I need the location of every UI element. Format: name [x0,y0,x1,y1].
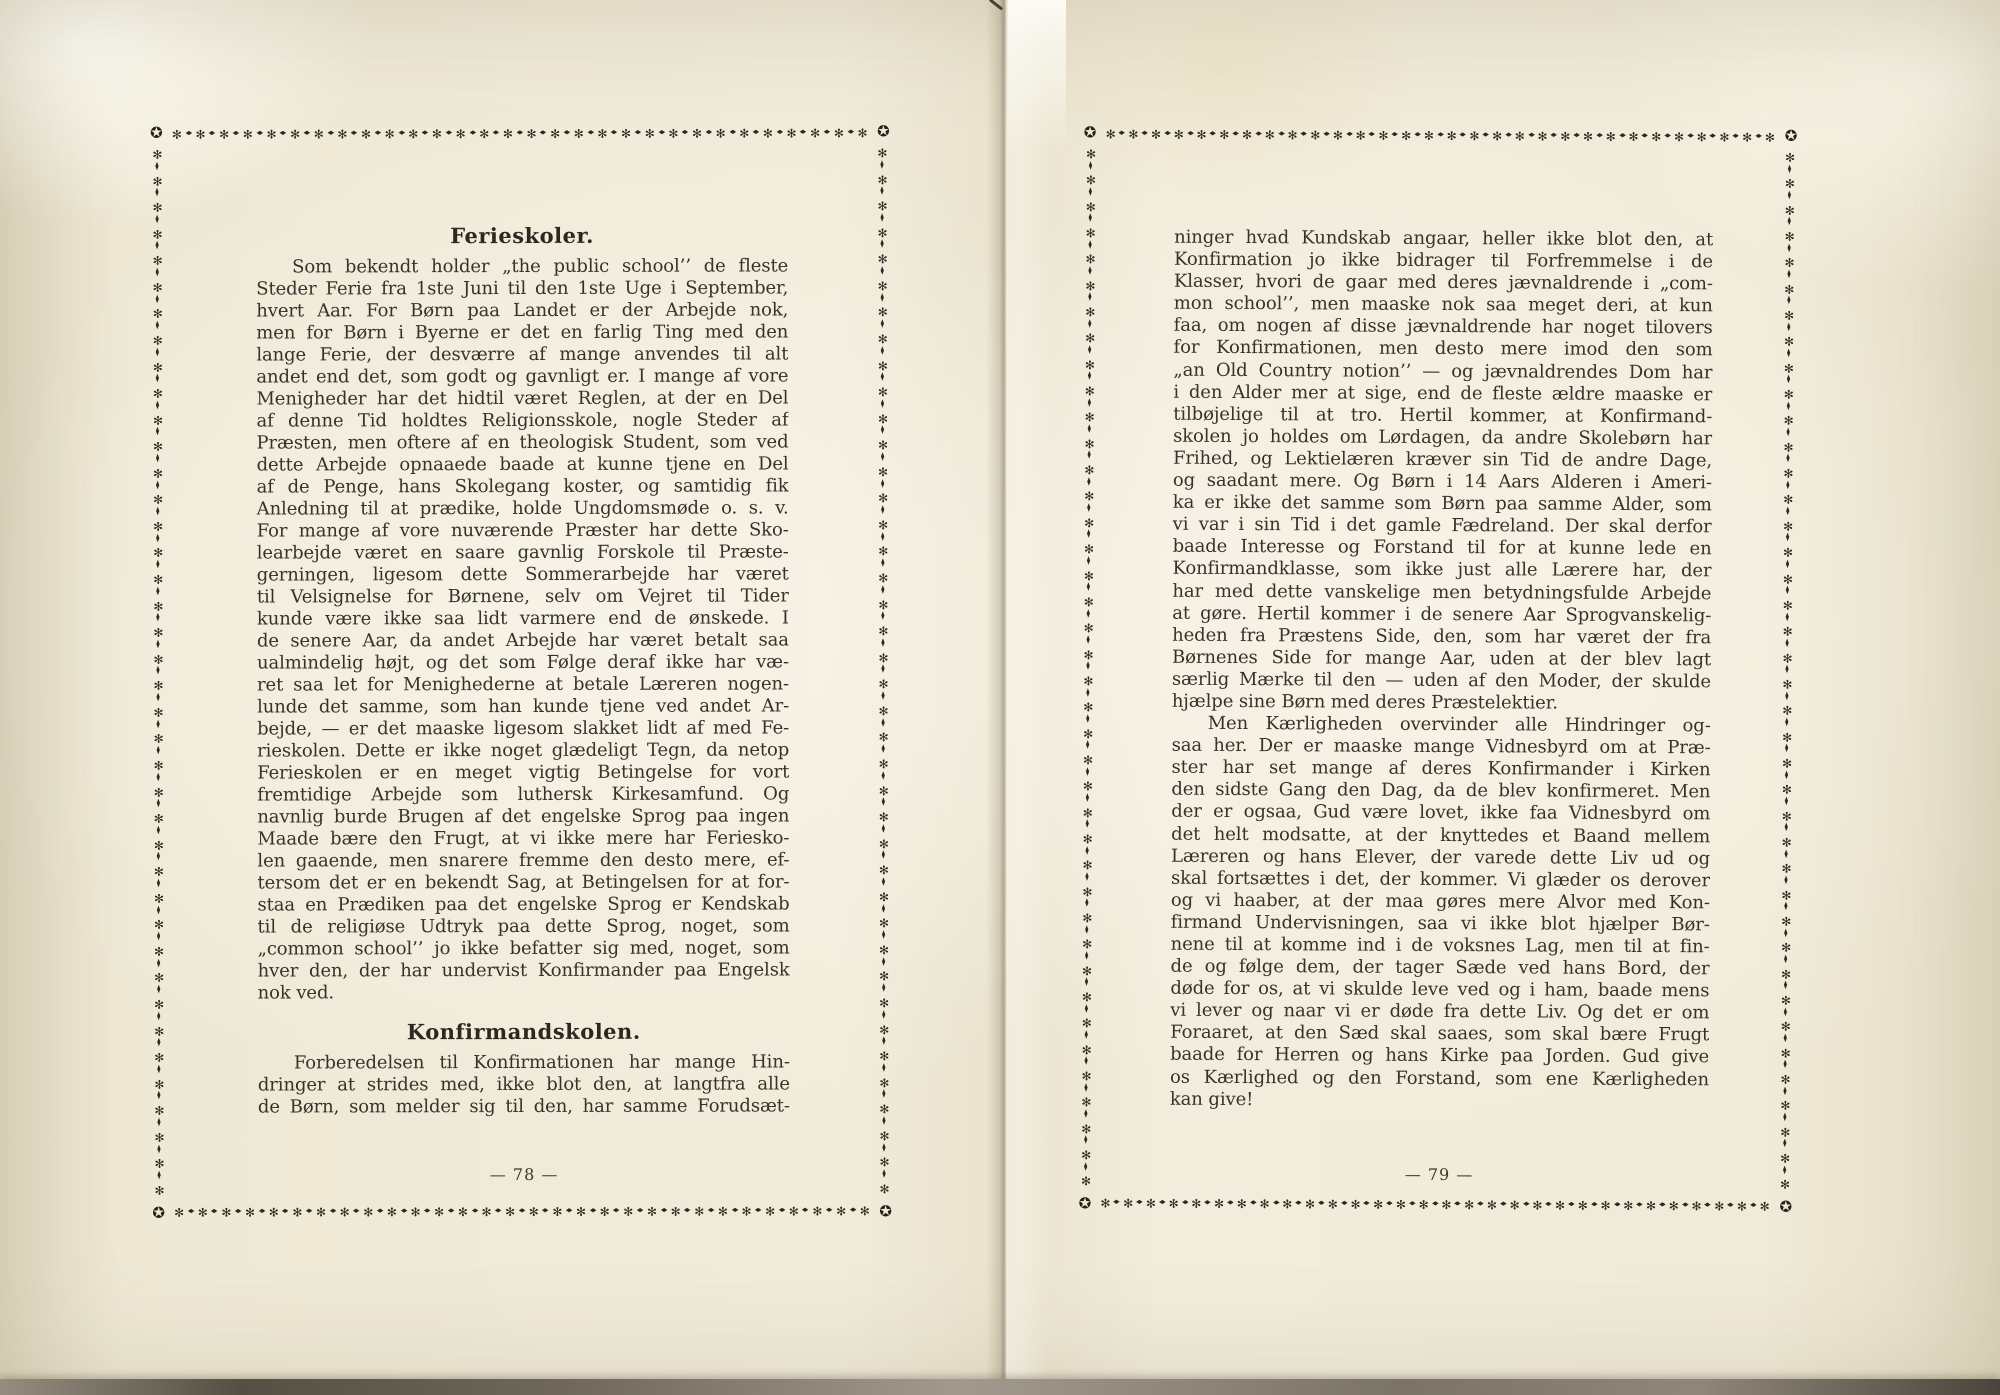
leaf-ornament-icon: ♦ [1084,1084,1089,1096]
leaf-ornament-icon: ♦ [727,130,738,136]
flower-ornament-icon: ✻ [1174,128,1184,140]
leaf-ornament-icon: ♦ [635,1208,646,1214]
flower-ornament-icon: ✻ [153,494,163,506]
flower-ornament-icon: ✻ [552,1205,562,1217]
leaf-ornament-icon: ♦ [155,242,160,254]
leaf-ornament-icon: ♦ [1787,218,1792,230]
flower-ornament-icon: ✻ [153,388,163,400]
flower-ornament-icon: ✻ [526,127,536,139]
leaf-ornament-icon: ♦ [420,131,431,137]
text-line: ret saa let for Menighederne at betale L… [257,673,789,696]
flower-ornament-icon: ✻ [219,128,229,140]
text-line: firmand Undervisningen, saa vi ikke blot… [1171,912,1710,937]
flower-ornament-icon: ✻ [153,600,163,612]
flower-ornament-icon: ✻ [1781,889,1791,901]
leaf-ornament-icon: ♦ [1786,428,1791,440]
ornamental-border-top: ✻♦✻♦✻♦✻♦✻♦✻♦✻♦✻♦✻♦✻♦✻♦✻♦✻♦✻♦✻♦✻♦✻♦✻♦✻♦✻♦… [172,125,868,141]
flower-ornament-icon: ✻ [1085,306,1095,318]
leaf-ornament-icon: ♦ [882,1037,887,1049]
flower-ornament-icon: ✻ [1538,130,1548,142]
leaf-ornament-icon: ♦ [1180,1200,1191,1206]
section-heading-konfirmandskolen: Konfirmandskolen. [258,1018,790,1044]
leaf-ornament-icon: ♦ [304,1209,315,1215]
flower-ornament-icon: ✻ [363,1206,373,1218]
leaf-ornament-icon: ♦ [375,1209,386,1215]
flower-ornament-icon: ✻ [1781,968,1791,980]
text-line: dette Arbejde opnaaede baade at kunne tj… [257,453,789,476]
page-right: ✻♦✻♦✻♦✻♦✻♦✻♦✻♦✻♦✻♦✻♦✻♦✻♦✻♦✻♦✻♦✻♦✻♦✻♦✻♦✻♦… [1085,133,1790,1206]
flower-ornament-icon: ✻ [1373,1198,1383,1210]
flower-ornament-icon: ✻ [243,128,253,140]
text-line: ualmindelig højt, og det som Følge deraf… [257,651,789,674]
flower-ornament-icon: ✻ [1515,130,1525,142]
text-line: men for Børn i Byerne er det en farlig T… [256,321,788,344]
flower-ornament-icon: ✻ [1085,412,1095,424]
leaf-ornament-icon: ♦ [157,1172,162,1184]
text-line: len gaaende, men snarere fremme den dest… [257,849,789,872]
flower-ornament-icon: ✻ [481,1206,491,1218]
leaf-ornament-icon: ♦ [882,1090,887,1102]
leaf-ornament-icon: ♦ [1367,132,1378,138]
leaf-ornament-icon: ♦ [1785,692,1790,704]
flower-ornament-icon: ✻ [1447,130,1457,142]
flower-ornament-icon: ✻ [1714,1200,1724,1212]
leaf-ornament-icon: ♦ [155,322,160,334]
flower-ornament-icon: ✻ [152,175,162,187]
leaf-ornament-icon: ♦ [881,692,886,704]
leaf-ornament-icon: ♦ [155,348,160,360]
leaf-ornament-icon: ♦ [156,507,161,519]
flower-ornament-icon: ✻ [154,1078,164,1090]
text-line: gerningen, ligesom dette Sommerarbejde h… [257,563,789,586]
flower-ornament-icon: ✻ [1784,283,1794,295]
flower-ornament-icon: ✻ [763,127,773,139]
leaf-ornament-icon: ♦ [588,1208,599,1214]
flower-ornament-icon: ✻ [1100,1197,1110,1209]
page-number-78: — 78 — [258,1164,790,1184]
flower-ornament-icon: ✻ [1783,520,1793,532]
flower-ornament-icon: ✻ [1719,131,1729,143]
corner-star-icon: ✪ [877,1203,894,1220]
leaf-ornament-icon: ♦ [233,1209,244,1215]
flower-ornament-icon: ✻ [878,652,888,664]
leaf-ornament-icon: ♦ [1339,1201,1350,1207]
flower-ornament-icon: ✻ [1084,622,1094,634]
leaf-ornament-icon: ♦ [1085,794,1090,806]
leaf-ornament-icon: ♦ [1084,1031,1089,1043]
flower-ornament-icon: ✻ [879,891,889,903]
flower-ornament-icon: ✻ [787,127,797,139]
flower-ornament-icon: ✻ [361,128,371,140]
leaf-ornament-icon: ♦ [1088,293,1093,305]
leaf-ornament-icon: ♦ [1785,639,1790,651]
flower-ornament-icon: ✻ [623,1205,633,1217]
flower-ornament-icon: ✻ [1780,1153,1790,1165]
flower-ornament-icon: ✻ [600,1205,610,1217]
leaf-ornament-icon: ♦ [1784,876,1789,888]
flower-ornament-icon: ✻ [1783,494,1793,506]
leaf-ornament-icon: ♦ [156,640,161,652]
flower-ornament-icon: ✻ [154,972,164,984]
corner-star-icon: ✪ [1777,1199,1794,1216]
leaf-ornament-icon: ♦ [1276,132,1287,138]
flower-ornament-icon: ✻ [1084,491,1094,503]
flower-ornament-icon: ✻ [1083,754,1093,766]
leaf-ornament-icon: ♦ [231,131,242,137]
text-line: nene til at komme ind i de voksnes Lag, … [1171,934,1710,959]
flower-ornament-icon: ✻ [668,127,678,139]
corner-star-icon: ✪ [1082,124,1099,141]
flower-ornament-icon: ✻ [456,128,466,140]
leaf-ornament-icon: ♦ [514,131,525,137]
leaf-ornament-icon: ♦ [186,1209,197,1215]
flower-ornament-icon: ✻ [1084,543,1094,555]
text-line: Steder Ferie fra 1ste Juni til den 1ste … [256,277,788,300]
flower-ornament-icon: ✻ [1084,596,1094,608]
leaf-ornament-icon: ♦ [1088,188,1093,200]
leaf-ornament-icon: ♦ [156,561,161,573]
text-line: baade for Herren og hans Kirke paa Jorde… [1170,1044,1709,1069]
flower-ornament-icon: ✻ [1782,837,1792,849]
leaf-ornament-icon: ♦ [1157,1200,1168,1206]
corner-star-icon: ✪ [1783,128,1800,145]
flower-ornament-icon: ✻ [1082,939,1092,951]
text-line: Men Kærligheden overvinder alle Hindring… [1172,713,1711,738]
text-line: der er ogsaa, Gud være lovet, ikke faa V… [1171,801,1710,826]
flower-ornament-icon: ✻ [198,1206,208,1218]
leaf-ornament-icon: ♦ [446,1209,457,1215]
flower-ornament-icon: ✻ [1086,148,1096,160]
leaf-ornament-icon: ♦ [880,214,885,226]
scan-bottom-edge [0,1379,2000,1395]
leaf-ornament-icon: ♦ [1088,267,1093,279]
flower-ornament-icon: ✻ [1084,649,1094,661]
flower-ornament-icon: ✻ [1310,129,1320,141]
leaf-ornament-icon: ♦ [881,559,886,571]
flower-ornament-icon: ✻ [1085,359,1095,371]
leaf-ornament-icon: ♦ [562,130,573,136]
leaf-ornament-icon: ♦ [1185,131,1196,137]
paragraph-kaerligheden: Men Kærligheden overvinder alle Hindring… [1170,713,1711,1113]
ornamental-border-right: ✻♦✻♦✻♦✻♦✻♦✻♦✻♦✻♦✻♦✻♦✻♦✻♦✻♦✻♦✻♦✻♦✻♦✻♦✻♦✻♦… [1777,152,1797,1192]
leaf-ornament-icon: ♦ [156,879,161,891]
text-line: Konfirmandklasse, som ikke just alle Lær… [1172,558,1711,583]
flower-ornament-icon: ✻ [154,1132,164,1144]
flower-ornament-icon: ✻ [878,493,888,505]
leaf-ornament-icon: ♦ [1117,131,1128,137]
leaf-ornament-icon: ♦ [1786,455,1791,467]
flower-ornament-icon: ✻ [671,1205,681,1217]
text-line: og vi haaber, at der maa gøres mere Alvo… [1171,890,1710,915]
flower-ornament-icon: ✻ [647,1205,657,1217]
flower-ornament-icon: ✻ [1146,1197,1156,1209]
text-line: „common school’’ jo ikke befatter sig me… [258,937,790,960]
text-column-left: Ferieskoler. Som bekendt holder „the pub… [256,222,790,1184]
leaf-ornament-icon: ♦ [396,131,407,137]
text-line: skal fortsættes i det, der kommer. Vi gl… [1171,867,1710,892]
flower-ornament-icon: ✻ [316,1206,326,1218]
leaf-ornament-icon: ♦ [254,131,265,137]
leaf-ornament-icon: ♦ [1316,1201,1327,1207]
flower-ornament-icon: ✻ [1760,1200,1770,1212]
text-line: det helt modsatte, at der knyttedes et B… [1171,823,1710,848]
leaf-ornament-icon: ♦ [881,825,886,837]
leaf-ornament-icon: ♦ [585,130,596,136]
text-line: den sidste Gang den Dag, da de blev konf… [1171,779,1710,804]
flower-ornament-icon: ✻ [1081,1123,1091,1135]
flower-ornament-icon: ✻ [1781,863,1791,875]
leaf-ornament-icon: ♦ [659,1208,670,1214]
leaf-ornament-icon: ♦ [1612,1202,1623,1208]
flower-ornament-icon: ✻ [877,147,887,159]
flower-ornament-icon: ✻ [878,572,888,584]
leaf-ornament-icon: ♦ [1589,1202,1600,1208]
flower-ornament-icon: ✻ [153,653,163,665]
flower-ornament-icon: ✻ [153,228,163,240]
leaf-ornament-icon: ♦ [1784,850,1789,862]
flower-ornament-icon: ✻ [810,127,820,139]
leaf-ornament-icon: ♦ [1785,718,1790,730]
leaf-ornament-icon: ♦ [157,986,162,998]
flower-ornament-icon: ✻ [154,866,164,878]
flower-ornament-icon: ✻ [503,128,513,140]
text-line: for Konfirmationen, men desto mere imod … [1174,337,1713,362]
flower-ornament-icon: ✻ [1085,438,1095,450]
leaf-ornament-icon: ♦ [155,428,160,440]
leaf-ornament-icon: ♦ [1085,873,1090,885]
flower-ornament-icon: ✻ [153,335,163,347]
text-line: til de religiøse Udtryk paa dette Sprog,… [258,915,790,938]
flower-ornament-icon: ✻ [1424,129,1434,141]
flower-ornament-icon: ✻ [1191,1197,1201,1209]
leaf-ornament-icon: ♦ [881,665,886,677]
text-line: kan give! [1170,1088,1709,1113]
flower-ornament-icon: ✻ [154,919,164,931]
flower-ornament-icon: ✻ [1350,1198,1360,1210]
flower-ornament-icon: ✻ [153,467,163,479]
leaf-ornament-icon: ♦ [493,1209,504,1215]
corner-star-icon: ✪ [875,123,892,140]
leaf-ornament-icon: ♦ [1782,1166,1787,1178]
text-line: andet end det, som godt og gavnligt er. … [256,365,788,388]
flower-ornament-icon: ✻ [645,127,655,139]
page-number-79: — 79 — [1169,1163,1708,1185]
text-line: vi var i sin Tid i det gamle Fædreland. … [1173,514,1712,539]
flower-ornament-icon: ✻ [1085,333,1095,345]
leaf-ornament-icon: ♦ [1503,133,1514,139]
flower-ornament-icon: ✻ [1765,131,1775,143]
flower-ornament-icon: ✻ [879,997,889,1009]
leaf-ornament-icon: ♦ [1344,132,1355,138]
flower-ornament-icon: ✻ [1601,1199,1611,1211]
text-line: nok ved. [258,981,790,1004]
leaf-ornament-icon: ♦ [1571,133,1582,139]
flower-ornament-icon: ✻ [1697,131,1707,143]
text-line: faa, om nogen af disse jævnaldrende har … [1174,315,1713,340]
flower-ornament-icon: ✻ [1084,517,1094,529]
leaf-ornament-icon: ♦ [1085,741,1090,753]
text-line: Præsten, men oftere af en theologisk Stu… [256,431,788,454]
flower-ornament-icon: ✻ [1082,991,1092,1003]
leaf-ornament-icon: ♦ [1202,1200,1213,1206]
flower-ornament-icon: ✻ [878,439,888,451]
leaf-ornament-icon: ♦ [882,1117,887,1129]
leaf-ornament-icon: ♦ [880,426,885,438]
flower-ornament-icon: ✻ [154,733,164,745]
text-line: staa en Prædiken paa det engelske Sprog … [257,893,789,916]
leaf-ornament-icon: ♦ [880,479,885,491]
leaf-ornament-icon: ♦ [1208,131,1219,137]
leaf-ornament-icon: ♦ [824,1208,835,1214]
flower-ornament-icon: ✻ [1780,1100,1790,1112]
text-line: Som bekendt holder „the public school’’ … [256,255,788,278]
text-line: Maade bære den Frugt, at vi ikke mere ha… [257,827,789,850]
flower-ornament-icon: ✻ [411,1206,421,1218]
leaf-ornament-icon: ♦ [1086,662,1091,674]
section-heading-ferieskoler: Ferieskoler. [256,222,788,248]
leaf-ornament-icon: ♦ [1134,1200,1145,1206]
leaf-ornament-icon: ♦ [1786,349,1791,361]
ornamental-border-left: ✻♦✻♦✻♦✻♦✻♦✻♦✻♦✻♦✻♦✻♦✻♦✻♦✻♦✻♦✻♦✻♦✻♦✻♦✻♦✻♦… [150,149,167,1198]
text-line: hvert Aar. For Børn paa Landet er der Ar… [256,299,788,322]
flower-ornament-icon: ✻ [1419,1198,1429,1210]
text-line: særlig Mærke til den — uden af den Moder… [1172,669,1711,694]
leaf-ornament-icon: ♦ [257,1209,268,1215]
flower-ornament-icon: ✻ [1782,784,1792,796]
text-line: „an Old Country notion’’ — og jævnaldren… [1173,359,1712,384]
leaf-ornament-icon: ♦ [302,131,313,137]
text-line: i den Alder mer at sige, end de fleste æ… [1173,381,1712,406]
flower-ornament-icon: ✻ [718,1205,728,1217]
text-line: For mange af vore nuværende Præster har … [257,519,789,542]
flower-ornament-icon: ✻ [716,127,726,139]
leaf-ornament-icon: ♦ [1162,131,1173,137]
leaf-ornament-icon: ♦ [491,131,502,137]
leaf-ornament-icon: ♦ [656,130,667,136]
leaf-ornament-icon: ♦ [1086,715,1091,727]
flower-ornament-icon: ✻ [1083,833,1093,845]
leaf-ornament-icon: ♦ [325,131,336,137]
leaf-ornament-icon: ♦ [1271,1201,1282,1207]
text-line: bejde, — er det maaske ligesom slakket l… [257,717,789,740]
flower-ornament-icon: ✻ [1781,1047,1791,1059]
flower-ornament-icon: ✻ [1555,1199,1565,1211]
leaf-ornament-icon: ♦ [881,506,886,518]
leaf-ornament-icon: ♦ [822,130,833,136]
flower-ornament-icon: ✻ [1169,1197,1179,1209]
leaf-ornament-icon: ♦ [517,1209,528,1215]
flower-ornament-icon: ✻ [1780,1074,1790,1086]
flower-ornament-icon: ✻ [155,1185,165,1197]
flower-ornament-icon: ✻ [292,1206,302,1218]
text-line: hver den, der har undervist Konfirmander… [258,959,790,982]
flower-ornament-icon: ✻ [1081,1149,1091,1161]
flower-ornament-icon: ✻ [878,599,888,611]
flower-ornament-icon: ✻ [1646,1200,1656,1212]
leaf-ornament-icon: ♦ [1088,241,1093,253]
corner-star-icon: ✪ [148,125,165,142]
leaf-ornament-icon: ♦ [1084,978,1089,990]
leaf-ornament-icon: ♦ [1407,1201,1418,1207]
flower-ornament-icon: ✻ [1487,1199,1497,1211]
flower-ornament-icon: ✻ [878,546,888,558]
flower-ornament-icon: ✻ [878,307,888,319]
leaf-ornament-icon: ♦ [157,1065,162,1077]
leaf-ornament-icon: ♦ [881,798,886,810]
leaf-ornament-icon: ♦ [880,347,885,359]
text-line: saa her. Der er maaske mange Vidnesbyrd … [1172,735,1711,760]
flower-ornament-icon: ✻ [172,128,182,140]
flower-ornament-icon: ✻ [1106,128,1116,140]
leaf-ornament-icon: ♦ [540,1209,551,1215]
flower-ornament-icon: ✻ [1085,254,1095,266]
flower-ornament-icon: ✻ [879,971,889,983]
leaf-ornament-icon: ♦ [1430,1202,1441,1208]
leaf-ornament-icon: ♦ [1086,636,1091,648]
leaf-ornament-icon: ♦ [1087,372,1092,384]
ornamental-border-left: ✻♦✻♦✻♦✻♦✻♦✻♦✻♦✻♦✻♦✻♦✻♦✻♦✻♦✻♦✻♦✻♦✻♦✻♦✻♦✻♦… [1078,148,1098,1188]
flower-ornament-icon: ✻ [879,1103,889,1115]
flower-ornament-icon: ✻ [1669,1200,1679,1212]
leaf-ornament-icon: ♦ [800,1208,811,1214]
text-line: mon school’’, men maaske nok saa meget d… [1174,293,1713,318]
text-line: Klasser, hvori de gaar med deres jævnald… [1174,271,1713,296]
flower-ornament-icon: ✻ [269,1206,279,1218]
flower-ornament-icon: ✻ [1783,626,1793,638]
text-line: Konfirmation jo ikke bidrager til Forfre… [1174,249,1713,274]
flower-ornament-icon: ✻ [878,333,888,345]
flower-ornament-icon: ✻ [1742,131,1752,143]
leaf-ornament-icon: ♦ [351,1209,362,1215]
flower-ornament-icon: ✻ [1083,781,1093,793]
flower-ornament-icon: ✻ [574,127,584,139]
leaf-ornament-icon: ♦ [881,612,886,624]
flower-ornament-icon: ✻ [1086,201,1096,213]
leaf-ornament-icon: ♦ [155,401,160,413]
flower-ornament-icon: ✻ [1265,129,1275,141]
leaf-ornament-icon: ♦ [1088,320,1093,332]
text-line: Anledning til at prædike, holde Ungdomsm… [257,497,789,520]
leaf-ornament-icon: ♦ [1087,425,1092,437]
leaf-ornament-icon: ♦ [1787,244,1792,256]
flower-ornament-icon: ✻ [1783,468,1793,480]
text-line: Forberedelsen til Konfirmationen har man… [258,1051,790,1074]
leaf-ornament-icon: ♦ [1435,133,1446,139]
flower-ornament-icon: ✻ [1783,600,1793,612]
leaf-ornament-icon: ♦ [1112,1200,1123,1206]
flower-ornament-icon: ✻ [529,1205,539,1217]
leaf-ornament-icon: ♦ [1549,133,1560,139]
flower-ornament-icon: ✻ [1401,129,1411,141]
leaf-ornament-icon: ♦ [1594,133,1605,139]
text-line: de senere Aar, da andet Arbejde har være… [257,629,789,652]
leaf-ornament-icon: ♦ [156,932,161,944]
flower-ornament-icon: ✻ [878,386,888,398]
leaf-ornament-icon: ♦ [183,131,194,137]
leaf-ornament-icon: ♦ [1785,587,1790,599]
flower-ornament-icon: ✻ [1082,1018,1092,1030]
leaf-ornament-icon: ♦ [155,189,160,201]
flower-ornament-icon: ✻ [692,127,702,139]
flower-ornament-icon: ✻ [153,282,163,294]
flower-ornament-icon: ✻ [1737,1200,1747,1212]
flower-ornament-icon: ✻ [1305,1198,1315,1210]
leaf-ornament-icon: ♦ [1084,952,1089,964]
text-line: og saadant mere. Og Børn i 14 Aars Alder… [1173,470,1712,495]
leaf-ornament-icon: ♦ [882,1011,887,1023]
flower-ornament-icon: ✻ [1783,547,1793,559]
flower-ornament-icon: ✻ [153,414,163,426]
